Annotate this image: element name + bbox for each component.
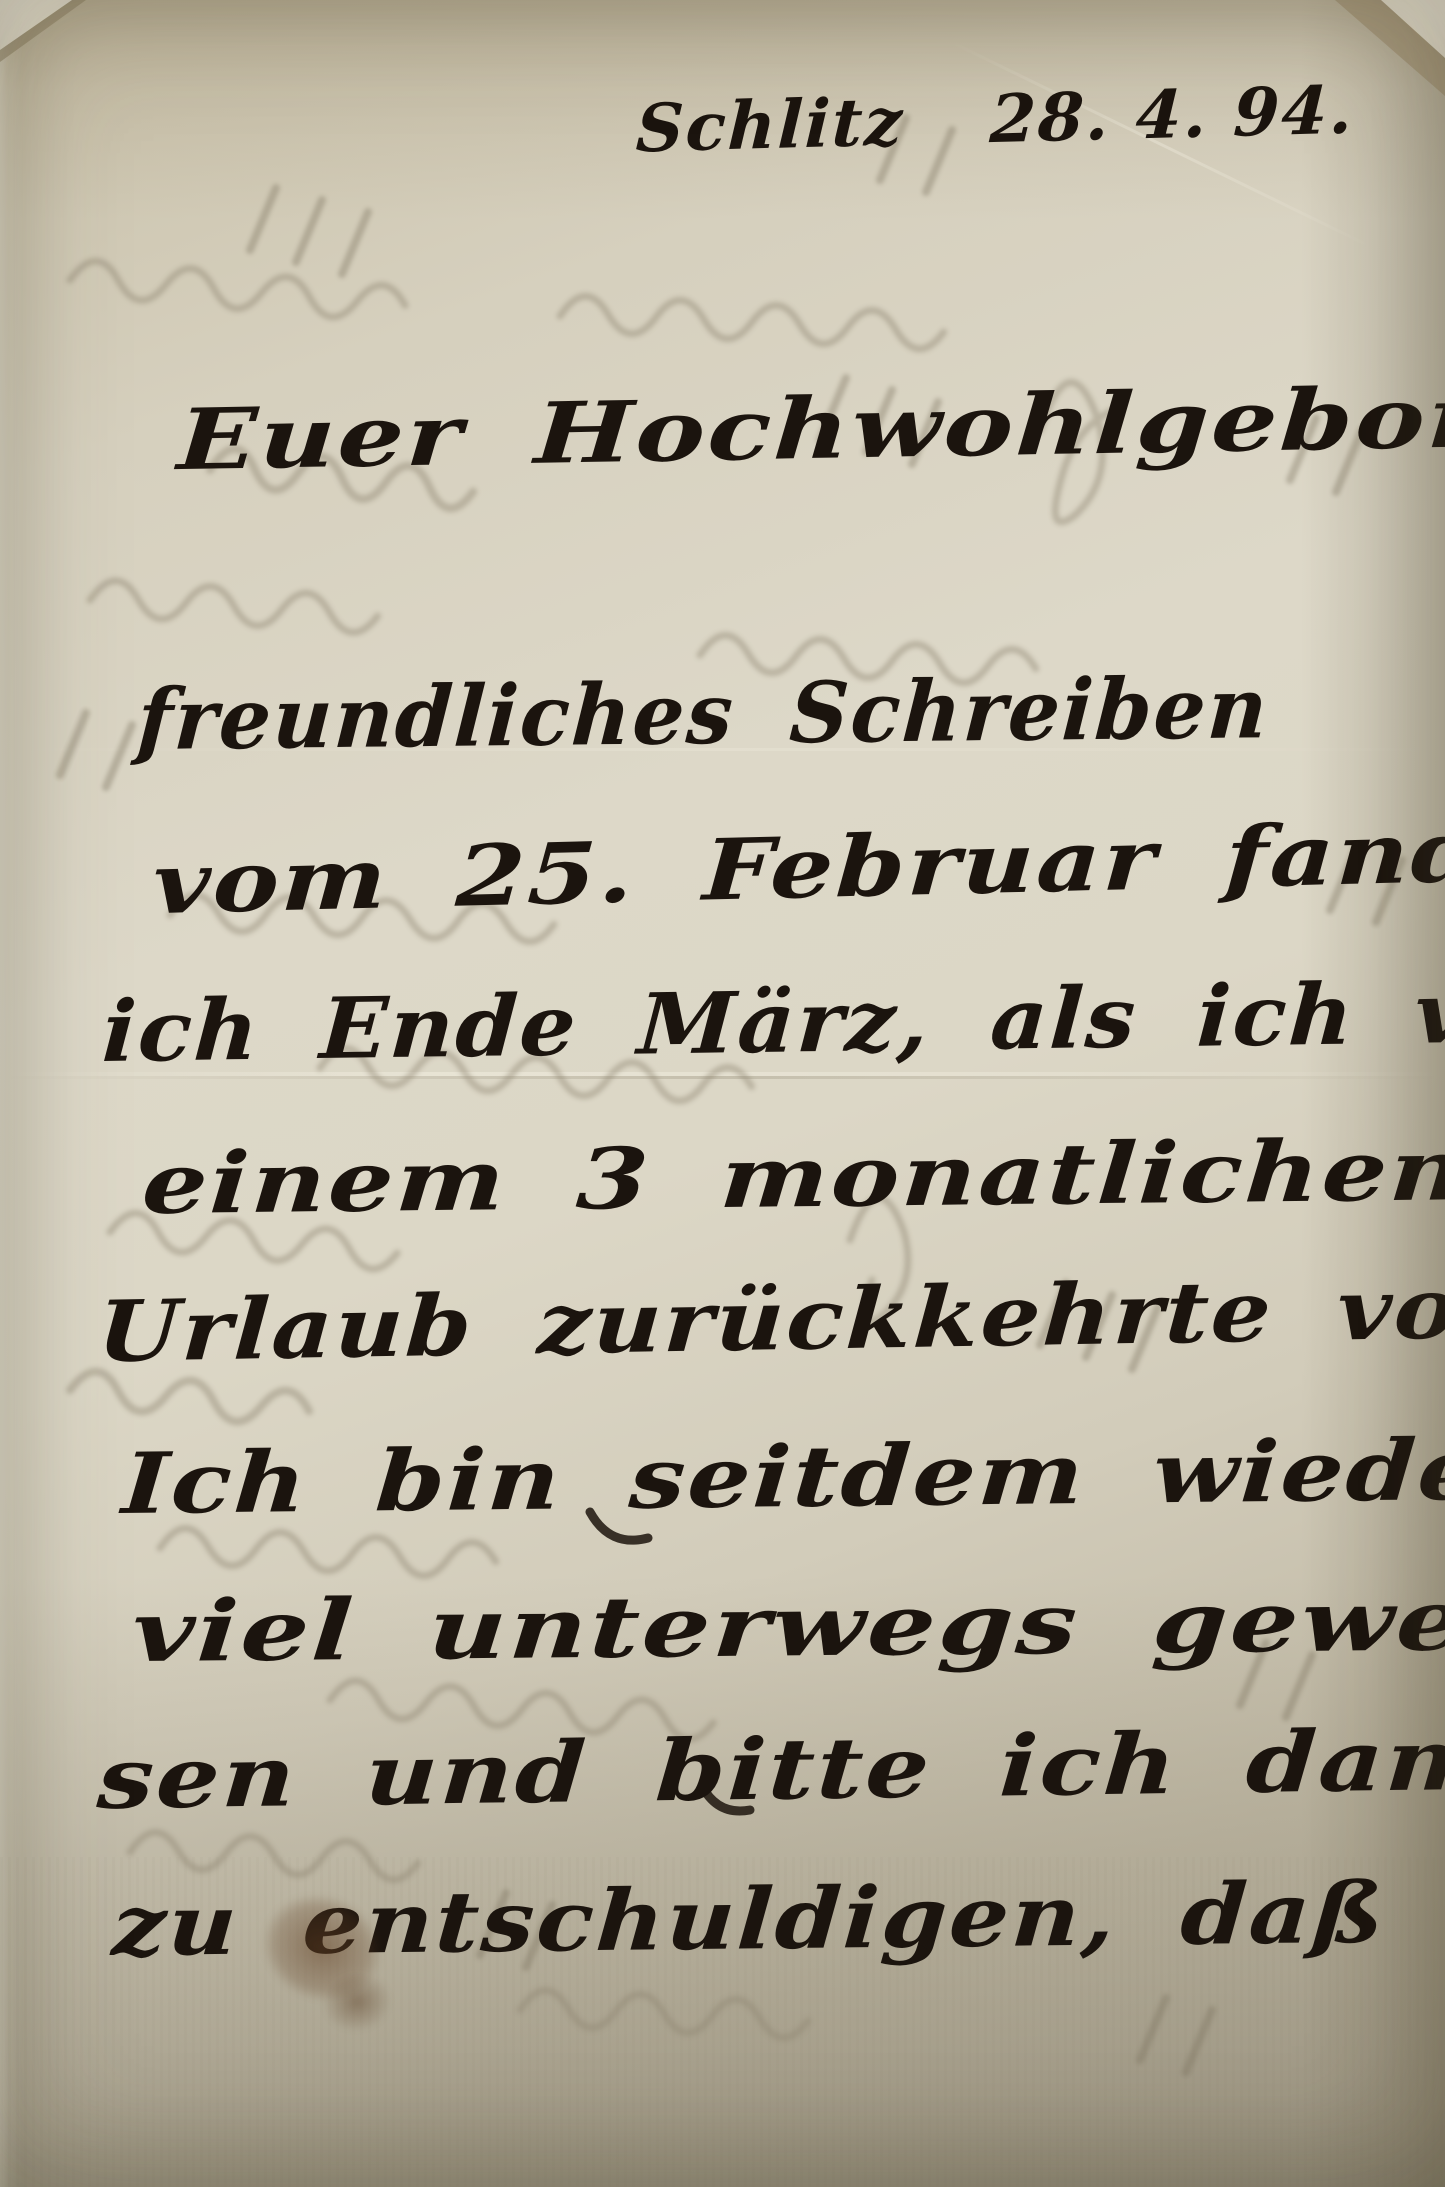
paper-top-shading	[0, 0, 1445, 2187]
bleed-through-ghost-writing	[0, 0, 1445, 2187]
date-line: Schlitz28. 4. 94.	[635, 77, 1356, 162]
date-value: 28. 4. 94.	[988, 71, 1356, 159]
paper-right-shading	[0, 0, 1445, 2187]
handwriting-line-2: freundliches Schreiben	[135, 666, 1271, 762]
paper-corner-fold-top-left	[0, 0, 72, 50]
handwriting-line-8: viel unterwegs gewe-	[130, 1578, 1445, 1674]
photo-vignette	[0, 0, 1445, 2187]
paper-corner-shadow-top-left	[0, 0, 86, 62]
handwriting-line-9: sen und bitte ich damit	[95, 1716, 1445, 1821]
paper-left-edge-highlight	[0, 0, 1445, 2187]
handwriting-line-salutation: Euer Hochwohlgeboren	[176, 373, 1445, 482]
place-name: Schlitz	[634, 82, 905, 167]
handwriting-line-6: Urlaub zurückkehrte vor.	[96, 1265, 1445, 1374]
ink-smudge-small	[317, 1966, 396, 2037]
handwriting-line-10: zu entschuldigen, daß ich	[110, 1868, 1445, 1968]
paper-corner-fold-top-right	[1381, 0, 1445, 58]
paper-bottom-shading	[0, 0, 1445, 2187]
handwriting-line-7: Ich bin seitdem wieder	[120, 1427, 1445, 1526]
handwriting-line-4: ich Ende März, als ich von	[100, 969, 1445, 1074]
handwriting-line-5: einem 3 monatlichen	[140, 1128, 1445, 1226]
handwriting-line-3: vom 25. Februar fand	[151, 810, 1445, 927]
letter-photo: Schlitz28. 4. 94. Euer Hochwohlgeboren f…	[0, 0, 1445, 2187]
